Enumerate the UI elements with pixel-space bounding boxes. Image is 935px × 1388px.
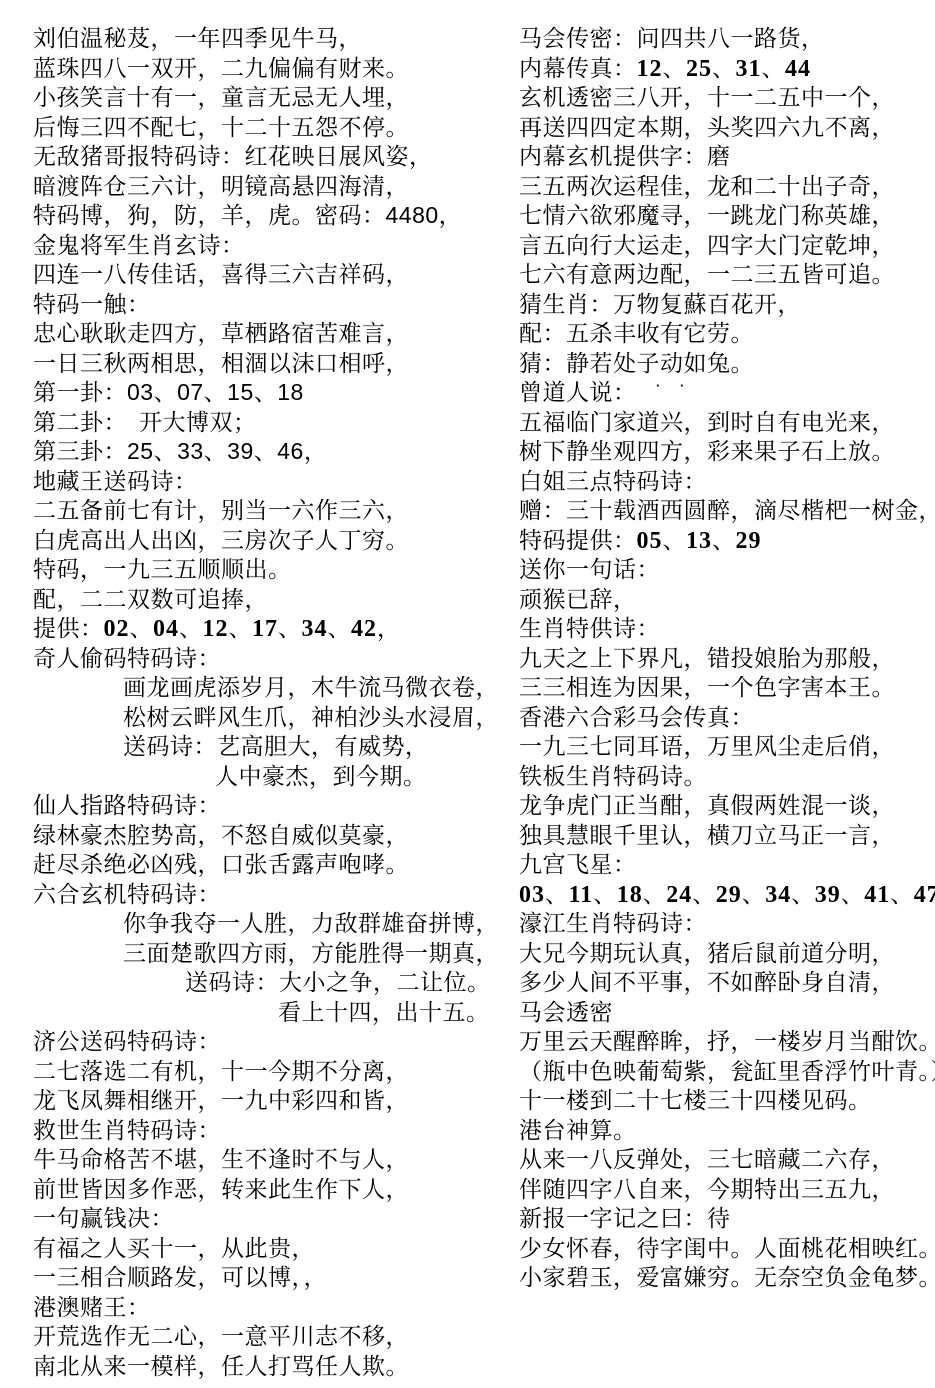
text-line: 玄机透密三八开，十一二五中一个， (519, 83, 929, 113)
text-line: 香港六合彩马会传真： (519, 703, 929, 733)
text-line: 金鬼将军生肖玄诗： (33, 231, 498, 261)
text-line: 济公送码特码诗： (33, 1027, 498, 1057)
text-line: 仙人指路特码诗： (33, 791, 498, 821)
text-line: 七情六欲邪魔寻，一跳龙门称英雄， (519, 201, 929, 231)
text-line: 少女怀春，待字闺中。人面桃花相映红。 (519, 1234, 929, 1264)
text-line: 二七落选二有机，十一今期不分离， (33, 1057, 498, 1087)
text-line: 赶尽杀绝必凶残，口张舌露声咆哮。 (33, 850, 498, 880)
text-line: 救世生肖特码诗： (33, 1116, 498, 1146)
text-line: 顽猴已辞， (519, 585, 929, 615)
text-line: 港台神算。 (519, 1116, 929, 1146)
text-line: 配，二二双数可追捧， (33, 585, 498, 615)
text-line: 从来一八反弹处，三七暗藏二六存， (519, 1145, 929, 1175)
text-line: 送码诗：大小之争，二让位。 (33, 968, 498, 998)
text-line: 有福之人买十一，从此贵， (33, 1234, 498, 1264)
text-line: 赠：三十载酒西圆醉，滴尽楷杷一树金， (519, 496, 929, 526)
text-line: 小孩笑言十有一，童言无忌无人埋， (33, 83, 498, 113)
left-text-column: 刘伯温秘芨，一年四季见牛马，蓝珠四八一双开，二九偏偏有财来。小孩笑言十有一，童言… (33, 24, 498, 1381)
text-line: 铁板生肖特码诗。 (519, 762, 929, 792)
text-line: （瓶中色映葡萄紫，瓮缸里香浮竹叶青。） (519, 1057, 929, 1087)
text-line: 松树云畔风生爪，神柏沙头水浸眉， (33, 703, 498, 733)
text-line: 牛马命格苦不堪，生不逢时不与人， (33, 1145, 498, 1175)
text-line: 奇人偷码特码诗： (33, 644, 498, 674)
text-line: 后悔三四不配七，十二十五怨不停。 (33, 113, 498, 143)
text-line: 刘伯温秘芨，一年四季见牛马， (33, 24, 498, 54)
text-line: 小家碧玉，爱富嫌穷。无奈空负金龟梦。 (519, 1263, 929, 1293)
text-line: 龙争虎门正当酣，真假两姓混一谈， (519, 791, 929, 821)
text-line: 九宫飞星： (519, 850, 929, 880)
text-line: 白姐三点特码诗： (519, 467, 929, 497)
text-line: 濠江生肖特码诗： (519, 909, 929, 939)
text-line: 送码诗：艺高胆大，有威势， (33, 732, 498, 762)
text-line: 独具慧眼千里认，横刀立马正一言， (519, 821, 929, 851)
text-line: 送你一句话： (519, 555, 929, 585)
text-line: 四连一八传佳话，喜得三六吉祥码， (33, 260, 498, 290)
text-line: 伴随四字八自来，今期特出三五九， (519, 1175, 929, 1205)
text-line: 特码一触： (33, 290, 498, 320)
text-line: 你争我夺一人胜，力敌群雄奋拼博， (33, 909, 498, 939)
text-line: 七六有意两边配，一二三五皆可追。 (519, 260, 929, 290)
text-line: 马会透密 (519, 998, 929, 1028)
text-line: 人中豪杰，到今期。 (33, 762, 498, 792)
text-line: 提供：02、04、12、17、34、42， (33, 614, 498, 644)
text-line: 特码，一九三五顺顺出。 (33, 555, 498, 585)
text-line: 特码博，狗，防，羊，虎。密码：4480， (33, 201, 498, 231)
text-line: 一九三七同耳语，万里风尘走后俏， (519, 732, 929, 762)
text-line: 配：五杀丰收有它劳。 (519, 319, 929, 349)
text-line: 马会传密：问四共八一路货， (519, 24, 929, 54)
text-line: 曾道人说： (519, 378, 929, 408)
text-line: 第三卦：25、33、39、46， (33, 437, 498, 467)
text-line: 生肖特供诗： (519, 614, 929, 644)
text-line: 猜：静若处子动如兔。 (519, 349, 929, 379)
text-line: 言五向行大运走，四字大门定乾坤， (519, 231, 929, 261)
text-line: 南北从来一模样，任人打骂任人欺。 (33, 1352, 498, 1382)
text-line: 十一楼到二十七楼三十四楼见码。 (519, 1086, 929, 1116)
text-line: 再送四四定本期，头奖四六九不离， (519, 113, 929, 143)
text-line: 开荒选作无二心，一意平川志不移， (33, 1322, 498, 1352)
text-line: 猜生肖：万物复蘇百花开， (519, 290, 929, 320)
text-line: 万里云天醒醉眸，抒，一楼岁月当酣饮。 (519, 1027, 929, 1057)
text-line: 暗渡阵仓三六计，明镜高悬四海清， (33, 172, 498, 202)
text-line: 特码提供：05、13、29 (519, 526, 929, 556)
text-line: 无敌猪哥报特码诗：红花映日展风姿， (33, 142, 498, 172)
right-text-column: 马会传密：问四共八一路货，内幕传真：12、25、31、44玄机透密三八开，十一二… (519, 24, 929, 1293)
text-line: 大兄今期玩认真，猪后鼠前道分明， (519, 939, 929, 969)
text-line: 三面楚歌四方雨，方能胜得一期真， (33, 939, 498, 969)
text-line: 内幕传真：12、25、31、44 (519, 54, 929, 84)
text-line: 画龙画虎添岁月，木牛流马微衣卷， (33, 673, 498, 703)
text-line: 第一卦：03、07、15、18 (33, 378, 498, 408)
text-line: 九天之上下界凡，错投娘胎为那般， (519, 644, 929, 674)
text-line: 忠心耿耿走四方，草栖路宿苦难言， (33, 319, 498, 349)
text-line: 二五备前七有计，别当一六作三六， (33, 496, 498, 526)
text-line: 三三相连为因果，一个色字害本王。 (519, 673, 929, 703)
text-line: 一句赢钱决： (33, 1204, 498, 1234)
text-line: 前世皆因多作恶，转来此生作下人， (33, 1175, 498, 1205)
text-line: 一三相合顺路发，可以博，， (33, 1263, 498, 1293)
page: { "page": { "width": 935, "height": 1388… (0, 0, 935, 1388)
text-line: 六合玄机特码诗： (33, 880, 498, 910)
text-line: 地藏王送码诗： (33, 467, 498, 497)
text-line: 白虎高出人出凶，三房次子人丁穷。 (33, 526, 498, 556)
text-line: 第二卦： 开大博双； (33, 408, 498, 438)
text-line: 看上十四，出十五。 (33, 998, 498, 1028)
text-line: 03、11、18、24、29、34、39、41、47。 (519, 880, 929, 910)
text-line: 绿林豪杰腔势高，不怒自威似莫豪， (33, 821, 498, 851)
glyph-artifact-dots: · · (656, 378, 692, 393)
text-line: 新报一字记之曰：待 (519, 1204, 929, 1234)
text-line: 五福临门家道兴，到时自有电光来， (519, 408, 929, 438)
text-line: 三五两次运程佳，龙和二十出子奇， (519, 172, 929, 202)
text-line: 内幕玄机提供字：磨 (519, 142, 929, 172)
text-line: 港澳赌王： (33, 1293, 498, 1323)
text-line: 龙飞凤舞相继开，一九中彩四和皆， (33, 1086, 498, 1116)
text-line: 一日三秋两相思，相涸以沫口相呼， (33, 349, 498, 379)
text-line: 树下静坐观四方，彩来果子石上放。 (519, 437, 929, 467)
text-line: 蓝珠四八一双开，二九偏偏有财来。 (33, 54, 498, 84)
text-line: 多少人间不平事，不如醉卧身自清， (519, 968, 929, 998)
